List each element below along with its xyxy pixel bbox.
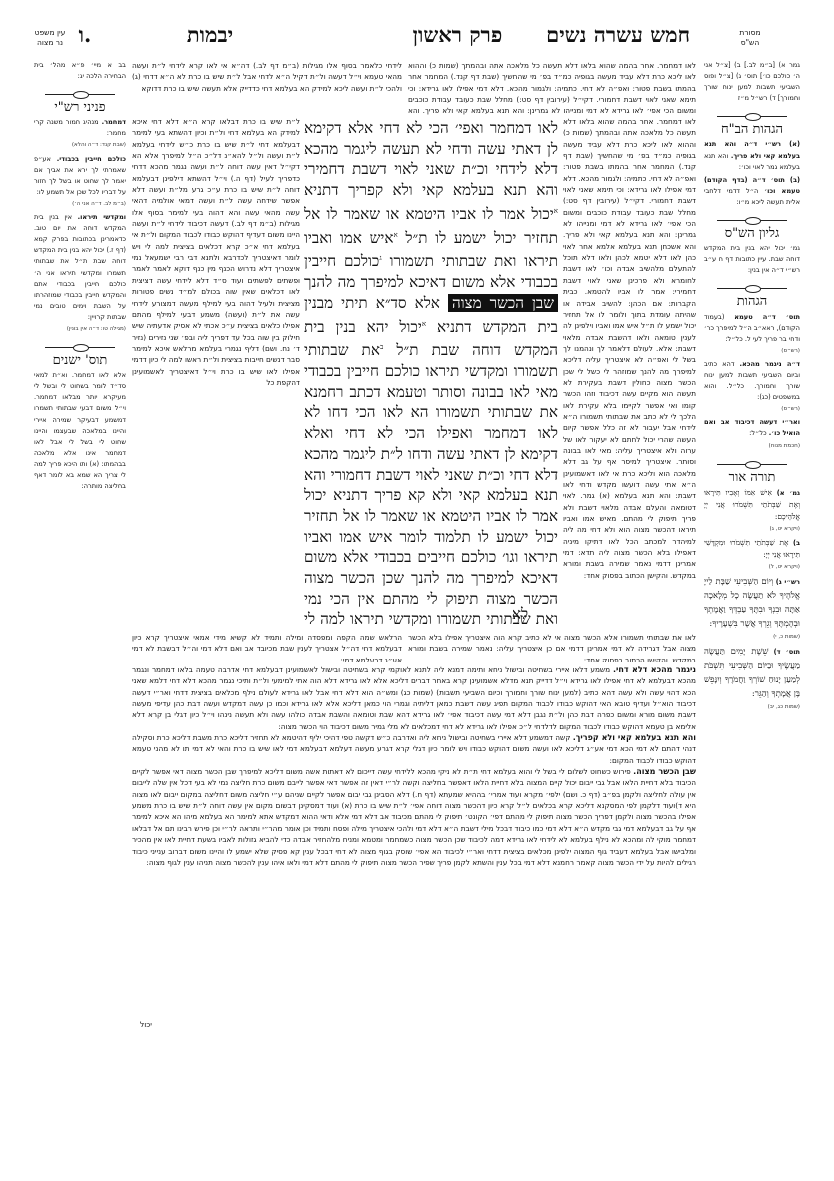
pnei-rashi-title: פניני רש"י xyxy=(34,102,126,113)
masoret-hashas-column: גמר א) [ב״מ לב.] ב) [צ״ל אני ה׳ כולכם כו… xyxy=(704,60,800,716)
tosafot-paragraph: והא תנא בעלמא קאי ולא קפריך. קשה דמשמע ד… xyxy=(132,732,696,766)
tosafot-yeshanim-text: אלא לאו דמחמר. וא״ת למאי סד״ד לומר בשחוט… xyxy=(34,370,126,492)
hagahot-bach-title: הגהות הב"ח xyxy=(704,124,800,135)
pnei-rashi-ref: (ב״מ לב. ד״ה אני ה׳) xyxy=(72,201,126,207)
gemara-text: לאו דמחמר ואפי׳ הכי לא דחי אלא דקימא לן … xyxy=(304,118,558,626)
tosafot-catchword: יכול xyxy=(140,1020,170,1029)
torah-or-marker: ב) xyxy=(793,539,800,547)
tosafot-heading: שבן הכשר מצוה. xyxy=(633,767,696,776)
tosafot-paragraph: ניגמר מהכא דלא דחי. משמע דלאו איירי בשחי… xyxy=(132,664,696,732)
ner-mitzvah-label: נר מצוה xyxy=(20,38,80,48)
masoret-hashas-header: מסורת הש"ס xyxy=(700,28,800,48)
cross-ref-marker: א xyxy=(422,320,426,328)
pnei-rashi-item: ומקדשי תיראו. אין בנין בית המקדש דוחה את… xyxy=(34,212,126,335)
hagahot-text: כל״ל: xyxy=(749,429,766,437)
torah-or-ref: (ויקרא יט, ג) xyxy=(769,526,800,532)
gemara-segment: את שבתותי תשמורו ומקדשי תיראו כולכם חייב… xyxy=(304,341,558,626)
torah-or-marker: רש״י ג) xyxy=(776,578,800,586)
hagahot-bach-item: (א) רש״י ד״ה והא תנא בעלמא קאי ולא פריך.… xyxy=(704,139,800,172)
gilyon-hashas-title: גליון הש"ס xyxy=(704,228,800,239)
tosafot-paragraph: שבן הכשר מצוה. פירוש כשחוט לשלום לי בשל … xyxy=(132,766,696,868)
hagahot-title: הגהות xyxy=(704,296,800,307)
cross-ref-marker: ב xyxy=(380,343,383,351)
gilyon-hashas-text: גמ׳ יכול יהא בנין בית המקדש דוחה שבת. עי… xyxy=(704,243,800,276)
rashi-top-lines: לאו דמחמר. אחר בהמה שהוא בלאו דלא תעשה כ… xyxy=(408,60,696,116)
tosafot-main-block: ניגמר מהכא דלא דחי. משמע דלאו איירי בשחי… xyxy=(132,664,696,1014)
pnei-rashi-item: כולכם חייבין בכבודי. אע״פ שאמרתי לך ירא … xyxy=(34,154,126,210)
torah-or-item: רש״י ג) וְיוֹם הַשְּׁבִיעִי שַׁבָּת לַיי… xyxy=(704,575,800,643)
hagahot-bach-item: (ב) תוס׳ ד״ה (בדף הקודם) טעמא וכו׳ ה״ל ד… xyxy=(704,175,800,208)
pnei-rashi-heading: ומקדשי תיראו. xyxy=(78,213,126,221)
hagahot-item: ד״ה ניגמר מהכא. דהא כתיב וביום השביעי תש… xyxy=(704,359,800,415)
torah-or-item: גמ׳ א) אִישׁ אִמּוֹ וְאָבִיו תִּירָאוּ ו… xyxy=(704,487,800,535)
ornament-divider-icon xyxy=(45,343,115,351)
chapter-title: פרק ראשון xyxy=(413,22,503,47)
tosafot-yeshanim-title: תוס' ישנים xyxy=(34,355,126,366)
gemara-catchword: לא xyxy=(500,604,540,625)
rashi-column: לאו דמחמר. אחר בהמה שהוא בלאו דלא תעשה כ… xyxy=(563,116,696,640)
hagahot-item: ואר״י דעשה דכיבוד אב ואם הואיל כו׳. כל״ל… xyxy=(704,417,800,451)
cross-ref-marker: א xyxy=(554,207,558,215)
torah-or-ref: (שמות כג, יב) xyxy=(768,704,800,710)
tosafot-top-lines: לידחי כלאמר בסוף אלו מגילות (ב״מ דף לב.)… xyxy=(132,60,402,116)
pnei-rashi-heading: כולכם חייבין בכבודי. xyxy=(57,155,126,163)
tosafot-text: משמע דלאו איירי בשחיטה ובישול ניחא ותימה… xyxy=(132,665,696,731)
hagahot-ref: (רש״ס) xyxy=(781,406,800,412)
tosafot-outer-column: ל״ת שיש בו כרת דבלאו קרא ה״א דלא דחי איכ… xyxy=(132,116,300,636)
cross-ref-marker: א xyxy=(393,231,397,239)
torah-or-item: תוס׳ ד) שֵׁשֶׁת יָמִים תַּעֲשֶׂה מַעֲשֶׂ… xyxy=(704,645,800,713)
tosafot-left-under-gemara: הרלאש שמה הקפה ומפסדה ומילה ותמיד לא קשי… xyxy=(132,632,402,662)
cross-ref-marker: ג xyxy=(379,254,381,262)
pnei-rashi-text: אין בנין בית המקדש דוחה את יום טוב. כדאמ… xyxy=(34,213,126,321)
pnei-rashi-item: דמחמר. מנהיג חמור משנה קרי מחמר:(שבת קנד… xyxy=(34,117,126,151)
torah-or-item: ב) אֶת שַׁבְּתֹתַי תִּשְׁמֹרוּ וּמִקְדָּ… xyxy=(704,537,800,573)
tractate-title: יבמות xyxy=(150,22,270,48)
torah-or-title: תורה אור xyxy=(704,472,800,483)
pnei-rashi-ref: (מגילה טו: ד״ה אין בונין) xyxy=(67,326,126,332)
tosafot-heading: ניגמר מהכא דלא דחי. xyxy=(613,665,696,674)
ein-mishpat-header: עין משפט נר מצוה xyxy=(20,28,80,48)
tractate-series: חמש עשרה נשים xyxy=(546,22,690,47)
hagahot-heading: ד״ה ניגמר מהכא. xyxy=(739,360,800,368)
torah-or-verse: אֶת שַׁבְּתֹתַי תִּשְׁמֹרוּ וּמִקְדָּשִׁ… xyxy=(704,538,800,559)
highlighted-dibbur-hamatchil: שבן הכשר מצוה xyxy=(448,294,558,312)
masoret-label: מסורת xyxy=(700,28,800,38)
hagahot-ref: (רש״ס) xyxy=(781,348,800,354)
ein-mishpat-column: בב א מיי׳ פ״א מהל׳ בית הבחירה הלכה יג: פ… xyxy=(34,60,126,494)
rashi-text: לאו דמחמר. אחר בהמה שהוא בלאו דלא תעשה כ… xyxy=(563,117,696,580)
pnei-rashi-ref: (שבת קנד: ד״ה והלא) xyxy=(72,142,126,148)
rashi-text-top: לאו דמחמר. אחר בהמה שהוא בלאו דלא תעשה כ… xyxy=(408,61,696,116)
hagahot-heading: תוס׳ ד״ה טעמא xyxy=(734,313,800,321)
pnei-rashi-heading: דמחמר. xyxy=(102,118,126,126)
tosafot-heading: והא תנא בעלמא קאי ולא קפריך. xyxy=(573,733,696,742)
torah-or-ref: (שמות כ, י) xyxy=(773,634,800,640)
masoret-hashas-entries: גמר א) [ב״מ לב.] ב) [צ״ל אני ה׳ כולכם כו… xyxy=(704,60,800,104)
ornament-divider-icon xyxy=(45,90,115,98)
torah-or-ref: (ויקרא יט, ל) xyxy=(769,564,800,570)
ornament-divider-icon xyxy=(717,216,787,224)
hagahot-ref: (חכמת מנוח) xyxy=(769,443,800,449)
tosafot-right-under-gemara: לאו את שבתותי תשמורו אלא הכשר מצוה אי לא… xyxy=(408,632,696,662)
hagahot-item: תוס׳ ד״ה טעמא (בעמוד הקודם), ראא״ב ה״ל ל… xyxy=(704,312,800,357)
ornament-divider-icon xyxy=(717,284,787,292)
ornament-divider-icon xyxy=(717,460,787,468)
torah-or-marker: תוס׳ ד) xyxy=(774,648,800,656)
gemara-segment: לאו דמחמר ואפי׳ הכי לא דחי אלא דקימא לן … xyxy=(304,119,558,199)
running-title-series-chapter: חמש עשרה נשים פרק ראשון xyxy=(420,22,690,48)
ein-mishpat-entry: בב א מיי׳ פ״א מהל׳ בית הבחירה הלכה יג: xyxy=(34,60,126,82)
hashas-label: הש"ס xyxy=(700,38,800,48)
ein-mishpat-label: עין משפט xyxy=(20,28,80,38)
ornament-divider-icon xyxy=(717,112,787,120)
tosafot-text: פירוש כשחוט לשלום לי בשל לי והוא בעלמא ד… xyxy=(132,767,696,867)
torah-or-marker: גמ׳ א) xyxy=(777,489,800,497)
